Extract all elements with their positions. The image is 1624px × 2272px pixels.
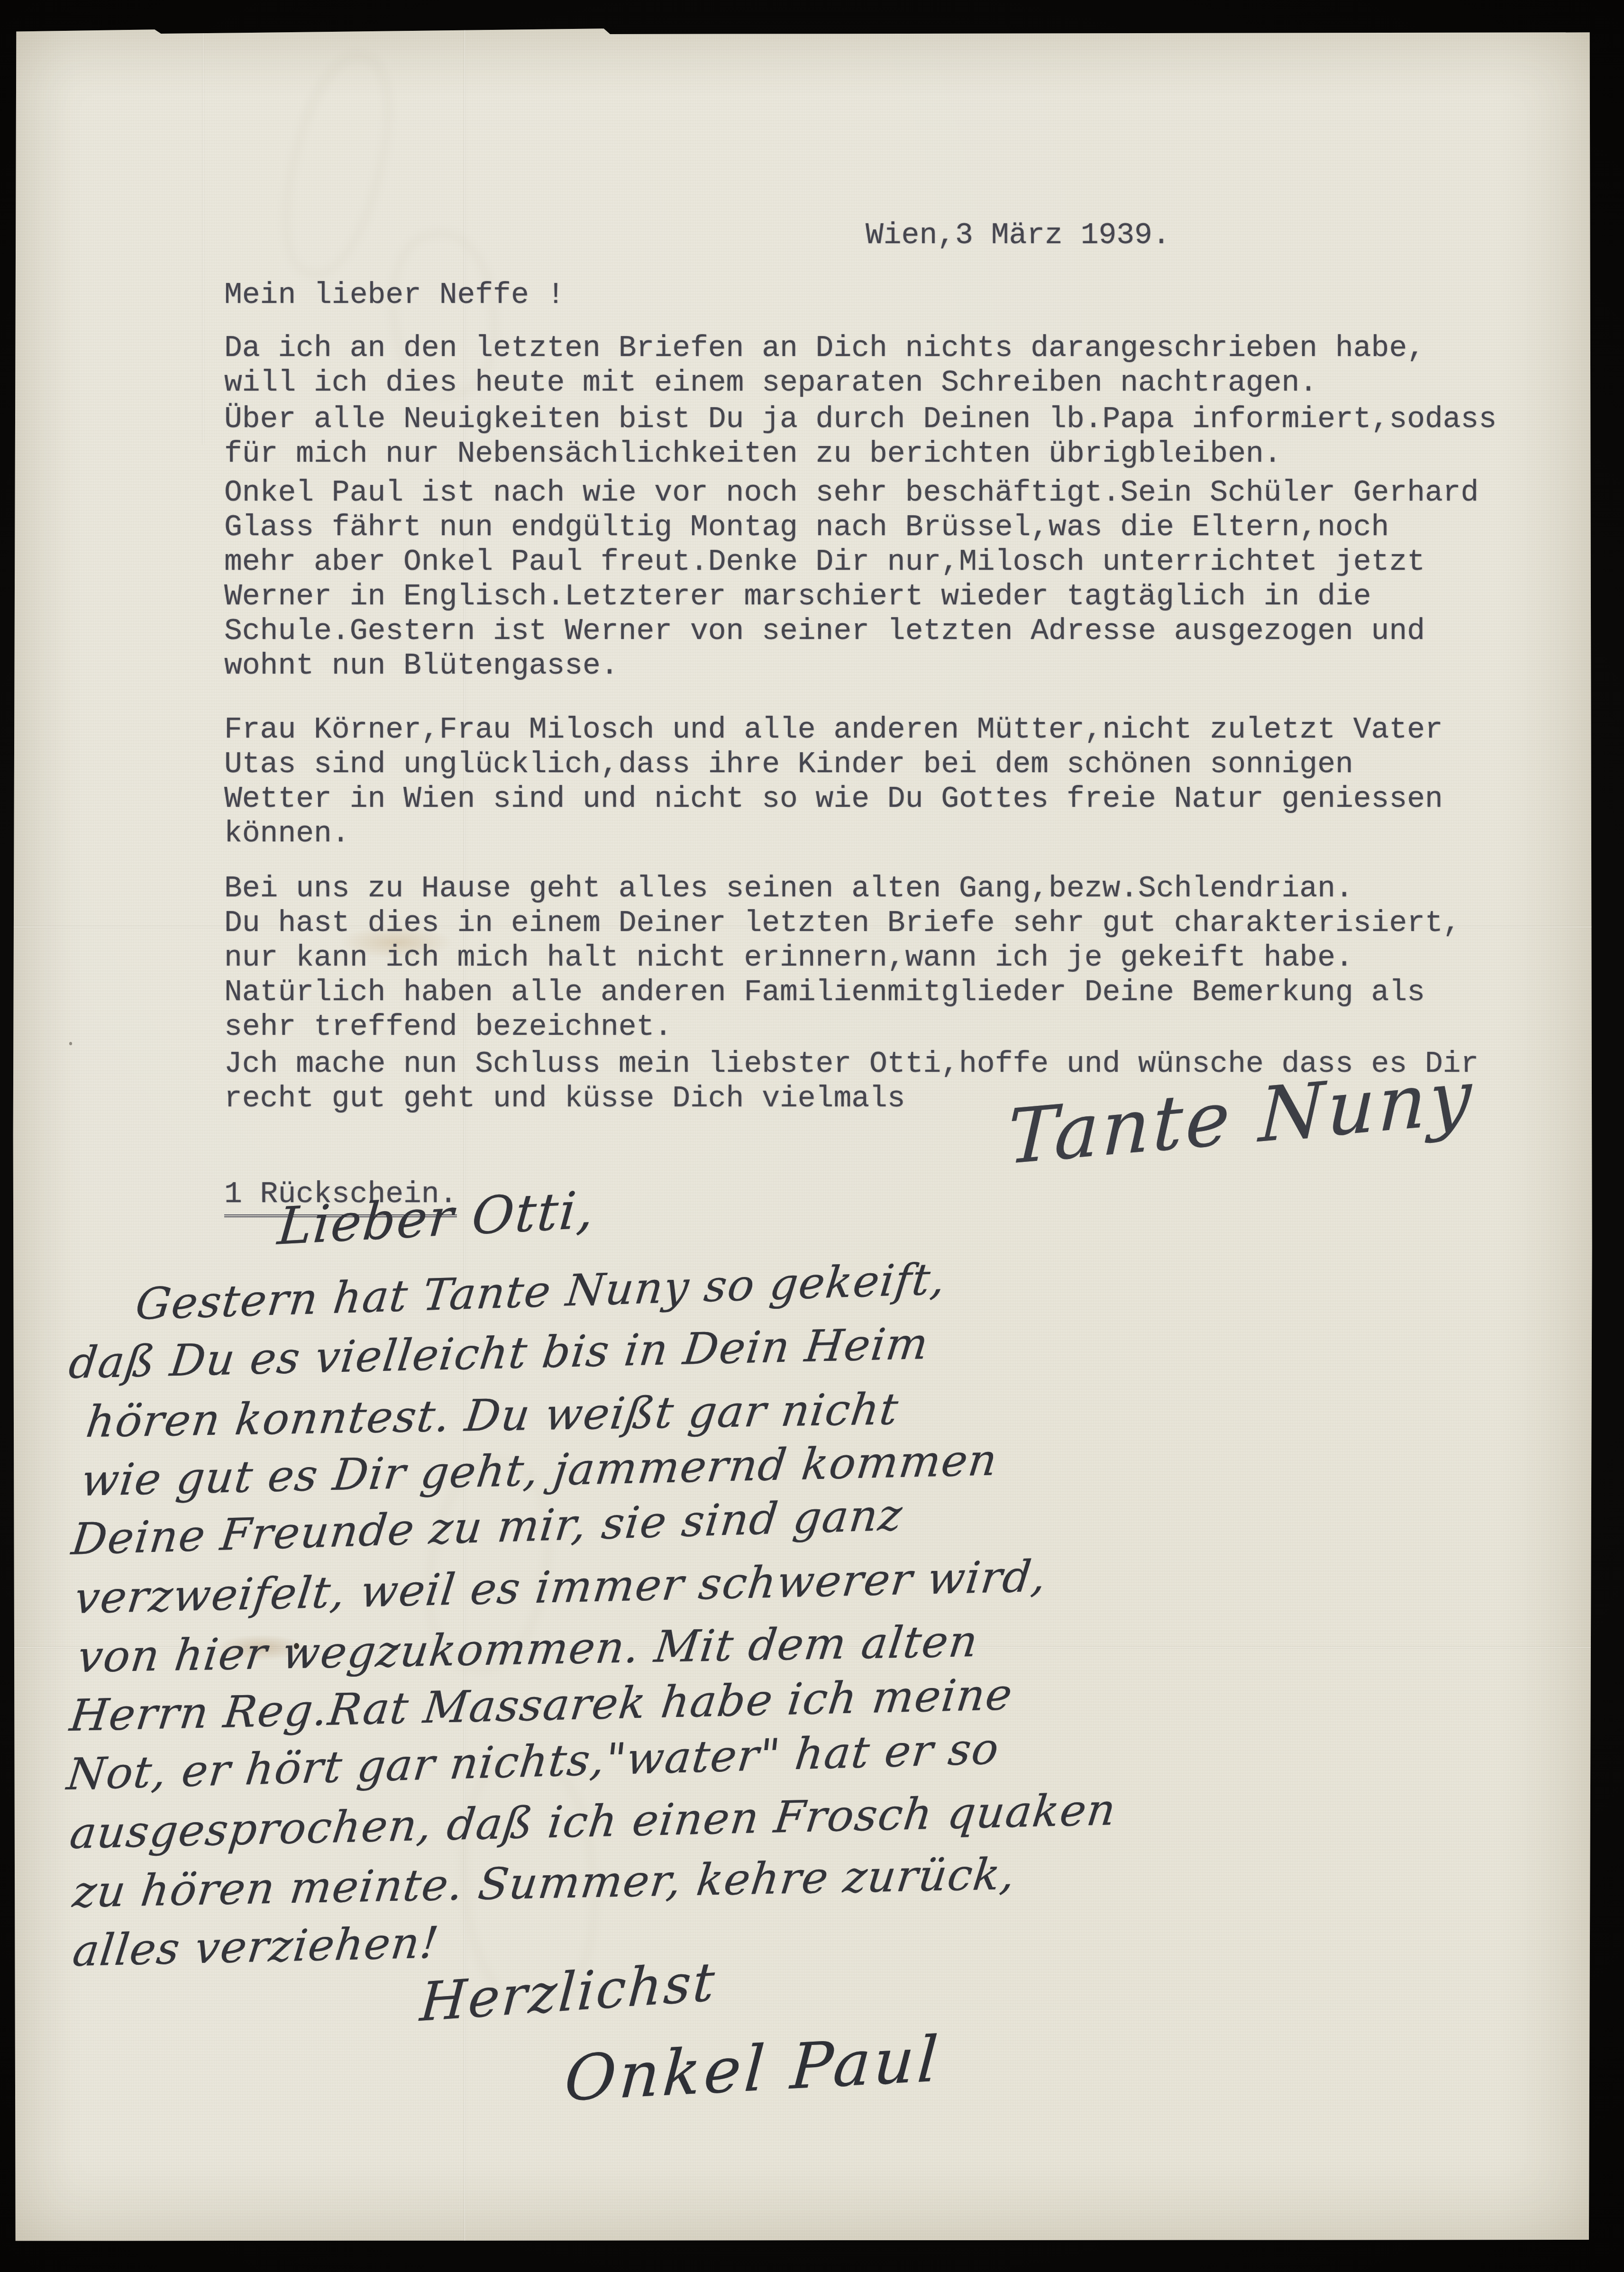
scan-background: Wien,3 März 1939. Mein lieber Neffe ! Da… xyxy=(0,0,1624,2272)
handwritten-body: Gestern hat Tante Nuny so gekeift,daß Du… xyxy=(64,1279,1211,1984)
typed-paragraph: Da ich an den letzten Briefen an Dich ni… xyxy=(224,331,1425,400)
dust-speck xyxy=(69,1042,72,1045)
typed-paragraph: Bei uns zu Hause geht alles seinen alten… xyxy=(224,871,1461,1044)
typed-paragraph: Frau Körner,Frau Milosch und alle andere… xyxy=(224,712,1443,851)
letter-salutation: Mein lieber Neffe ! xyxy=(224,278,565,312)
vertical-fold-crease-short xyxy=(202,27,204,445)
typed-paragraph: Über alle Neuigkeiten bist Du ja durch D… xyxy=(224,402,1496,471)
date-line: Wien,3 März 1939. xyxy=(866,218,1170,253)
signature-onkel-paul: Onkel Paul xyxy=(562,2023,943,2116)
letter-paper: Wien,3 März 1939. Mein lieber Neffe ! Da… xyxy=(12,27,1594,2243)
typed-paragraph: Onkel Paul ist nach wie vor noch sehr be… xyxy=(224,475,1478,683)
watermark-ghost xyxy=(266,44,408,286)
